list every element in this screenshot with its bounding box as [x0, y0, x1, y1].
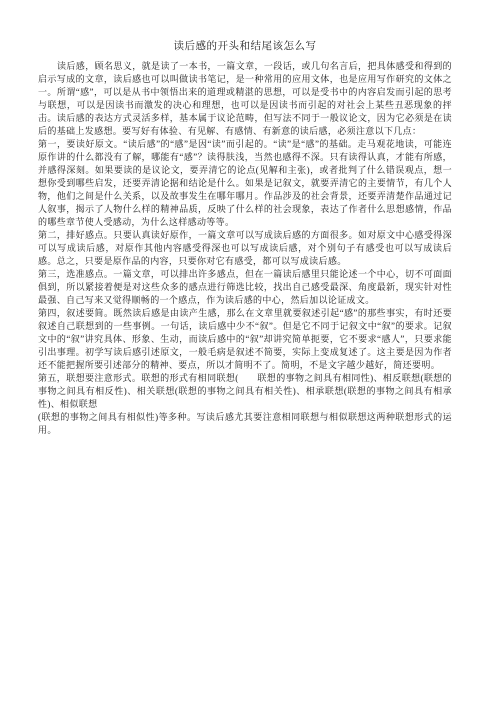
paragraph-point-5-line-2: (联想的事物之间具有相似性)等多种。写读后感尤其要注意相同联想与相似联想这两种联…	[38, 411, 452, 437]
paragraph-point-4: 第四，叙述要简。既然读后感是由读产生感，那么在文章里就要叙述引起“感”的那些事实…	[38, 307, 452, 372]
paragraph-point-5-line-1: 第五，联想要注意形式。联想的形式有相同联想( 联想的事物之间具有相同性)、相反联…	[38, 372, 452, 411]
document-content: 读后感的开头和结尾该怎么写 读后感，顾名思义，就是读了一本书，一篇文章，一段话，…	[38, 40, 452, 437]
document-title: 读后感的开头和结尾该怎么写	[38, 40, 452, 53]
paragraph-point-3: 第三，选准感点。一篇文章，可以排出许多感点，但在一篇读后感里只能论述一个中心，切…	[38, 268, 452, 307]
paragraph-point-2: 第二，排好感点。只要认真读好原作，一篇文章可以写成读后感的方面很多。如对原文中心…	[38, 229, 452, 268]
paragraph-intro: 读后感，顾名思义，就是读了一本书，一篇文章，一段话，或几句名言后，把具体感受和得…	[38, 60, 452, 138]
document-page: 读后感的开头和结尾该怎么写 读后感，顾名思义，就是读了一本书，一篇文章，一段话，…	[0, 0, 496, 702]
paragraph-point-1: 第一，要读好原文。“读后感”的“感”是因“读”而引起的。“读”是“感”的基础。走…	[38, 138, 452, 229]
